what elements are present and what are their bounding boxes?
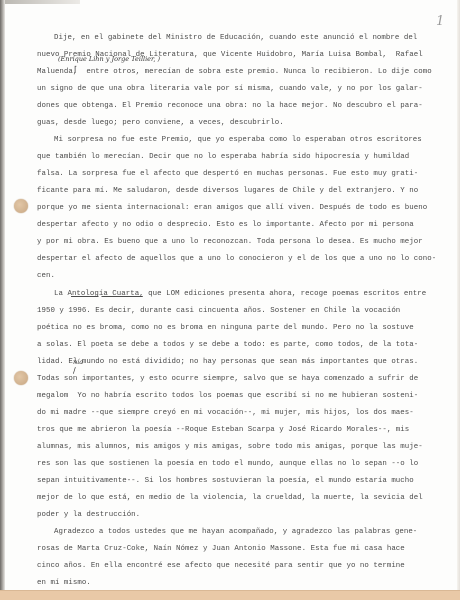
text-line: a solas. El poeta se debe a todos y se d…	[37, 340, 418, 350]
text-line: Dije, en el gabinete del Ministro de Edu…	[54, 33, 417, 43]
text-line: cinco años. En ella encontré ese afecto …	[37, 561, 405, 571]
text-line: poética no es broma, como no es broma en…	[37, 323, 414, 333]
text-line: alumnas, mis alumnos, mis amigos y mis a…	[37, 442, 423, 452]
text-line: despertar el afecto de aquellos que a un…	[37, 254, 436, 264]
text-line: dones que obtenga. El Premio reconoce un…	[37, 101, 423, 111]
text-line: porque yo me sienta internacional: eran …	[37, 203, 427, 213]
text-line: que también lo merecían. Decir que no lo…	[37, 152, 409, 162]
text-line: ficante para mí. Me saludaron, desde div…	[37, 186, 418, 196]
text-line: guas, desde luego; pero conviene, a vece…	[37, 118, 284, 128]
text-line: 1950 y 1996. Es decir, durante casi cinc…	[37, 306, 400, 316]
text-line: y por mi obra. Es bueno que a uno lo rec…	[37, 237, 423, 247]
text-line: do mi madre --que siempre creyó en mi vo…	[37, 408, 414, 418]
text-line: poder y la destrucción.	[37, 510, 140, 520]
text-line: Agradezco a todos ustedes que me hayan a…	[54, 527, 417, 537]
title-underline: Antología Cuarta	[71, 289, 143, 299]
text-line: falsa. La sorpresa fue el afecto que des…	[37, 169, 418, 179]
page-top-edge	[0, 0, 80, 4]
text-line: sepan intuitivamente--. Si los hombres s…	[37, 476, 414, 486]
text-line: rosas de Marta Cruz-Coke, Naín Nómez y J…	[37, 544, 405, 554]
punch-hole-icon	[14, 199, 28, 213]
text-line: Maluenda, entre otros, merecían de sobra…	[37, 67, 432, 77]
text-line: tros que me abrieron la poesía --Roque E…	[37, 425, 409, 435]
text-line: cen.	[37, 271, 55, 281]
text-line: Todas son importantes, y esto ocurre sie…	[37, 374, 418, 384]
text-line: despertar afecto y no odio o desprecio. …	[37, 220, 414, 230]
page-left-edge	[0, 0, 5, 600]
text-line: un signo de que una obra literaria vale …	[37, 84, 423, 94]
text-line: lidad. El mundo no está dividido; no hay…	[37, 357, 418, 367]
text-line: en mí mismo.	[37, 578, 91, 588]
text-line: mejor de lo que está, en medio de la vio…	[37, 493, 423, 503]
page-number: 1	[436, 14, 444, 29]
text-line: megalom Yo no habría escrito todos los p…	[37, 391, 418, 401]
text-line: Mi sorpresa no fue este Premio, que yo e…	[54, 135, 422, 145]
text-line: res son las que sostienen la poesía en t…	[37, 459, 418, 469]
scanner-bed-strip	[0, 590, 460, 600]
scanned-document-page: 1 (Enrique Lihn y Jorge Teillier, ) ⌈ ní…	[0, 0, 460, 600]
punch-hole-icon	[14, 371, 28, 385]
text-line: nuevo Premio Nacional de Literatura, que…	[37, 50, 423, 60]
